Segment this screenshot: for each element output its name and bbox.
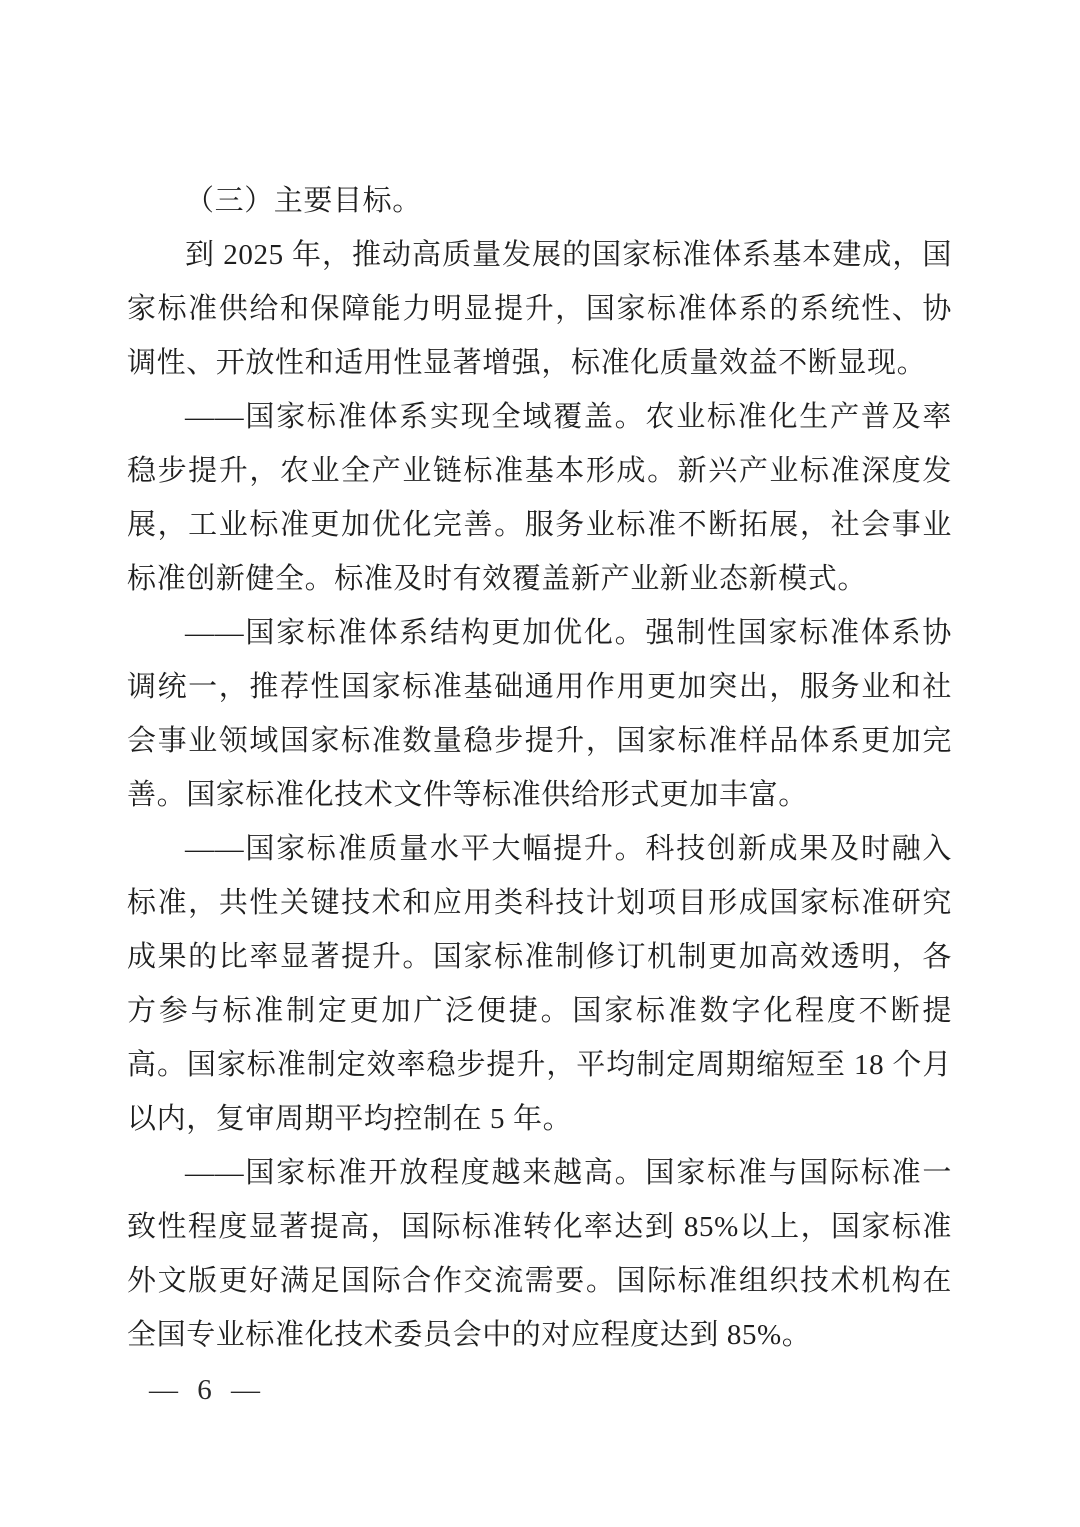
paragraph-openness-increased: ——国家标准开放程度越来越高。国家标准与国际标准一致性程度显著提高，国际标准转化… bbox=[127, 1146, 952, 1362]
section-heading: （三）主要目标。 bbox=[127, 174, 952, 228]
paragraph-quality-improved: ——国家标准质量水平大幅提升。科技创新成果及时融入标准，共性关键技术和应用类科技… bbox=[127, 822, 952, 1146]
paragraph-main-goal-overview: 到 2025 年，推动高质量发展的国家标准体系基本建成，国家标准供给和保障能力明… bbox=[127, 228, 952, 390]
paragraph-structure-optimized: ——国家标准体系结构更加优化。强制性国家标准体系协调统一，推荐性国家标准基础通用… bbox=[127, 606, 952, 822]
page-number: — 6 — bbox=[149, 1368, 952, 1412]
document-page: （三）主要目标。 到 2025 年，推动高质量发展的国家标准体系基本建成，国家标… bbox=[0, 0, 1080, 1527]
document-body: （三）主要目标。 到 2025 年，推动高质量发展的国家标准体系基本建成，国家标… bbox=[127, 174, 952, 1362]
paragraph-full-coverage: ——国家标准体系实现全域覆盖。农业标准化生产普及率稳步提升，农业全产业链标准基本… bbox=[127, 390, 952, 606]
